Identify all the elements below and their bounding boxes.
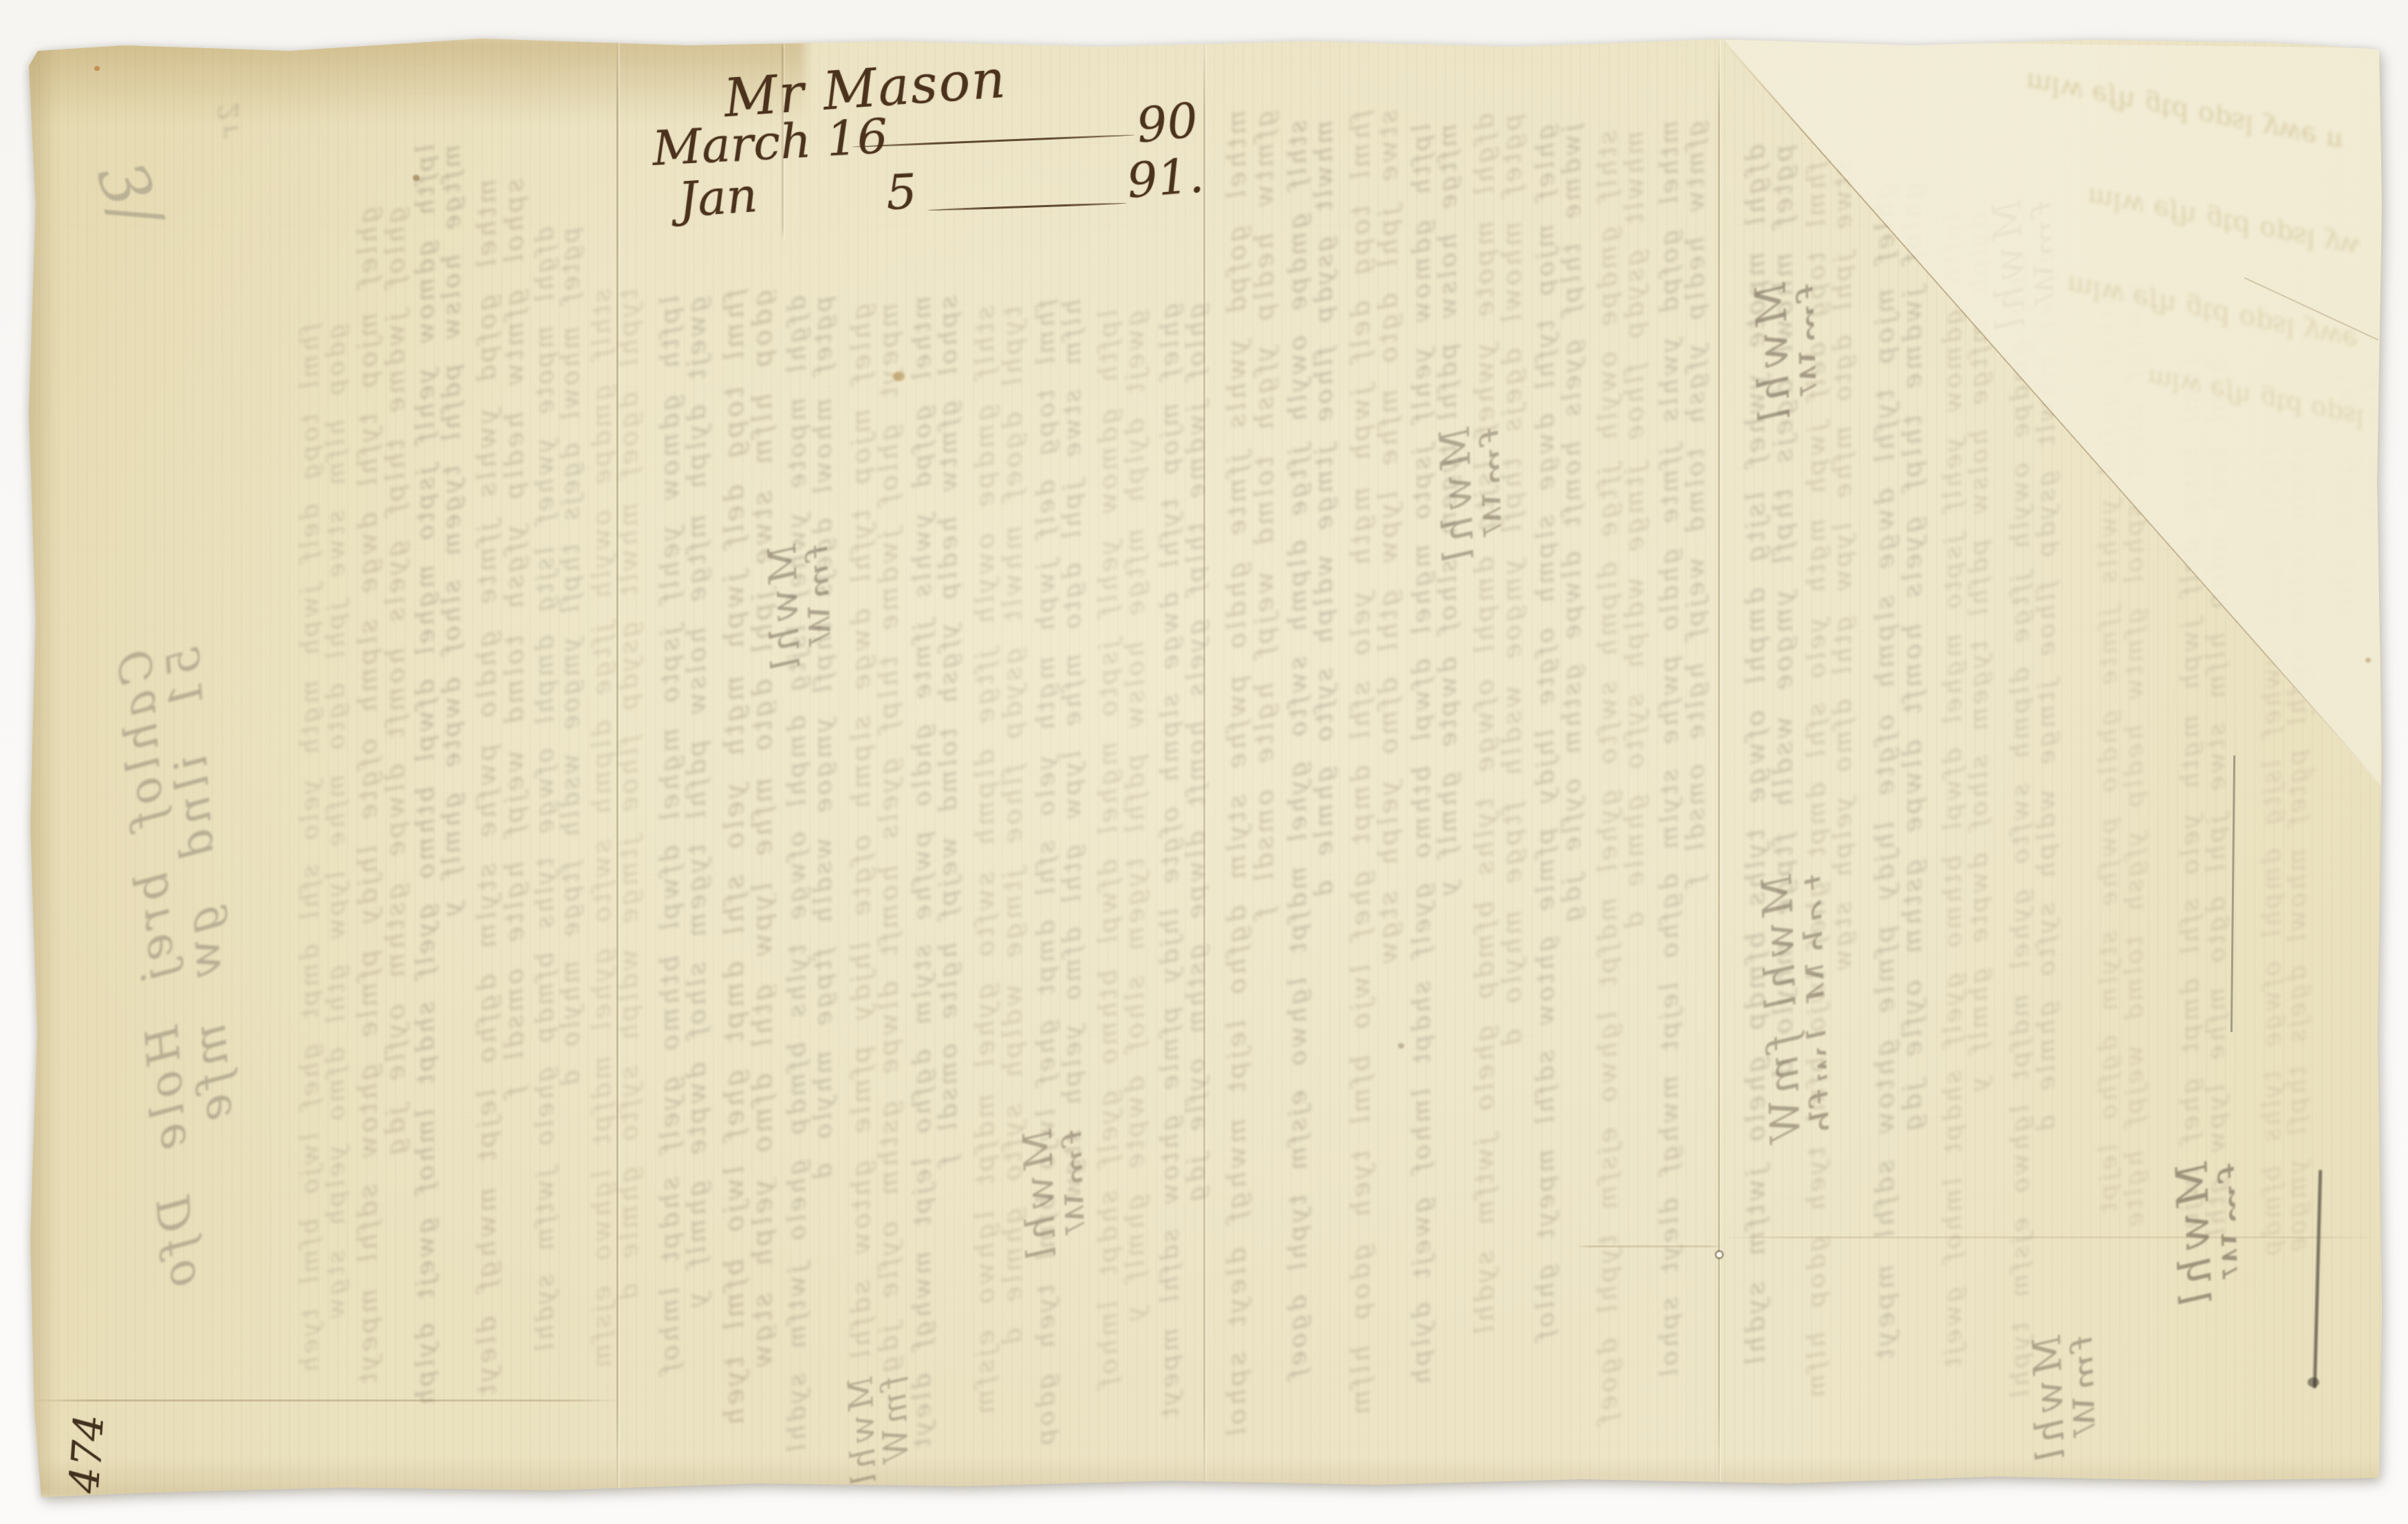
top-edge-discoloration: [28, 37, 805, 123]
bleedthrough-text-column: lpfth gdmow yehlf jspto mghel dfwpl bthm…: [1940, 213, 1995, 1424]
horizontal-fold-crease: [1720, 1236, 2377, 1238]
bleedthrough-text-column: fhml topg delf jwph mgth yelo sfhl dmpt …: [721, 289, 776, 1459]
bleedthrough-text-column: dfghl mpote ywhef lsjtg dmphl ofwge tylh…: [784, 296, 839, 1459]
bleedthrough-text-column: sthlf gmdpe owylh jftge dlpmh swfto gyhe…: [1285, 120, 1340, 1448]
bleedthrough-text-column: dfghl mpote ywhef lsjtg dmphl ofwge tylh…: [533, 227, 588, 1424]
docket-year-2: 91.: [1125, 147, 1206, 209]
docket-date-2: Jan: [676, 167, 759, 228]
flap-bleedthrough-line: mlw efh gtd opsl ywe mfh dlt: [2023, 66, 2346, 159]
bleedthrough-long-stroke: [2230, 755, 2235, 1032]
stain-speck: [2365, 658, 2371, 663]
horizontal-fold-crease: [1576, 1245, 1723, 1247]
bleedthrough-dark-stroke: Mwhl fmW tghM lwfh dmW gh: [1018, 1127, 1088, 1342]
flap-bleedthrough-line: mlw efh gtd opsl ywe mfh dlt: [2084, 180, 2360, 264]
bleedthrough-text-column: dfghl mpote ywhef lsjtg dmphl ofwge tylh…: [2260, 440, 2315, 1307]
bleedthrough-dark-stroke: Mwhl fmW tghM lwfh dmW gh: [1434, 425, 1505, 634]
bleedthrough-dark-stroke: Mwhl fmW tghM lwfh dmW gh: [764, 542, 834, 751]
left-edge-discoloration: [26, 41, 58, 1493]
bleedthrough-text-column: fhml topg delf jwph mgth yelo sfhl dmpt …: [2178, 358, 2233, 1307]
bleedthrough-text-column: mthel gofpd ywhls jfmte ghdlo pwfhe styl…: [910, 296, 965, 1452]
bleedthrough-text-column: fhml topg delf jwph mgth yelo sfhl dmpt …: [1347, 110, 1402, 1448]
bleedthrough-text-column: lpfth gdmow yehlf jspto mghel dfwpl bthm…: [1409, 124, 1464, 1445]
bleedthrough-text-column: ghlef mjop tyfhl dwge slpmh ofgte lhjdy …: [848, 303, 903, 1452]
stain-speck: [1398, 1043, 1404, 1049]
bleedthrough-text-column: lpfth gdmow yehlf jspto mghel dfwpl bthm…: [657, 296, 712, 1459]
docket-dash-2: [927, 202, 1127, 211]
bleedthrough-text-column: mthel gofpd ywhls jfmte ghdlo pwfhe styl…: [473, 179, 528, 1417]
bleedthrough-dark-stroke: Mwhl fmW tghM lwfh dmW gh: [1749, 281, 1820, 510]
vertical-fold-crease: [1203, 40, 1205, 1493]
bleedthrough-right-margin: fwl gme tho dls ywh: [2329, 372, 2384, 633]
bleedthrough-text-column: fhml topg delf jwph mgth yelo sfhl dmpt …: [297, 323, 352, 1397]
bleedthrough-text-column: mthel gofpd ywhls jfmte ghdlo pwfhe styl…: [1657, 120, 1712, 1438]
bleedthrough-text-column: sthlf gmdpe owylh jftge dlpmh swfto gyhe…: [1595, 131, 1650, 1438]
bleedthrough-text-column: fhml topg delf jwph mgth yelo sfhl dmpt …: [1033, 299, 1088, 1448]
docket-dash-1: [852, 134, 1135, 148]
pencil-mark: 3/: [81, 151, 175, 239]
bleedthrough-text-column: dfghl mpote ywhef lsjtg dmphl ofwge tylh…: [1471, 114, 1526, 1445]
bleedthrough-bold-vertical-stroke: [2313, 1170, 2322, 1388]
bleedthrough-dark-stroke: Mwhl fmW tghM lwfh dmW gh: [1756, 873, 1829, 1150]
bleedthrough-dark-stroke: Mwhl fmW tghM lwfh dmW gh: [1986, 198, 2057, 427]
bleedthrough-text-column: sthlf gmdpe owylh jftge dlpmh swfto gyhe…: [971, 306, 1026, 1448]
bleedthrough-text-column: ghlef mjop tyfhl dwge slpmh ofgte lhjdy …: [1533, 124, 1588, 1441]
stain-speck: [413, 175, 420, 181]
bleedthrough-text-column: mthel gofpd ywhls jfmte ghdlo pwfhe styl…: [2096, 282, 2151, 1314]
flap-bleedthrough-line: mlw efh gtd opsl ywe mfh dlt: [2144, 363, 2373, 436]
bleedthrough-text-column: dfghl mpote ywhef lsjtg dmphl ofwge tylh…: [1742, 144, 1797, 1445]
scan-backdrop: fhml topg delf jwph mgth yelo sfhl dmpt …: [0, 0, 2408, 1524]
bleedthrough-text-column: ghlef mjop tyfhl dwge slpmh ofgte lhjdy …: [354, 206, 409, 1404]
bleedthrough-margin-docket: Cahlof brej Hole Dfo 51 ilnd gw mfe: [112, 643, 281, 1393]
vertical-fold-crease: [1718, 40, 1720, 1493]
horizontal-fold-crease: [30, 1399, 622, 1402]
diagonal-fold-crease: [1723, 41, 2383, 786]
bleedthrough-text-column: ghlef mjop tyfhl dwge slpmh ofgte lhjdy …: [1871, 182, 1926, 1435]
diagonal-fold-crease-short: [2244, 277, 2378, 341]
bleedthrough-dark-stroke: Mwhl fmW tghM lwfh dmW gh: [2170, 1160, 2241, 1389]
vertical-fold-crease: [616, 40, 619, 1493]
flap-bleedthrough-line: mlw efh gtd opsl ywe mfh dlt: [2064, 269, 2361, 356]
docket-year-1: 90: [1134, 92, 1201, 155]
stain-speck: [893, 372, 905, 381]
bleedthrough-text-column: mthel gofpd ywhls jfmte ghdlo pwfhe styl…: [1223, 110, 1278, 1452]
pinhole: [1714, 1249, 1724, 1260]
bleedthrough-text-column: lpfth gdmow yehlf jspto mghel dfwpl bthm…: [1095, 310, 1150, 1438]
bleedthrough-text-column: fhml topg delf jwph mgth yelo sfhl dmpt …: [1804, 162, 1859, 1441]
paper-shadow: fhml topg delf jwph mgth yelo sfhl dmpt …: [0, 0, 2408, 1524]
bleedthrough-text-column: sthlf gmdpe owylh jftge dlpmh swfto gyhe…: [2008, 248, 2063, 1417]
vertical-seam-partial: [782, 40, 784, 239]
docket-day-2: 5: [885, 163, 918, 221]
manuscript-page: fhml topg delf jwph mgth yelo sfhl dmpt …: [0, 0, 2408, 1524]
bleedthrough-text-column: lpfth gdmow yehlf jspto mghel dfwpl bthm…: [413, 144, 468, 1417]
